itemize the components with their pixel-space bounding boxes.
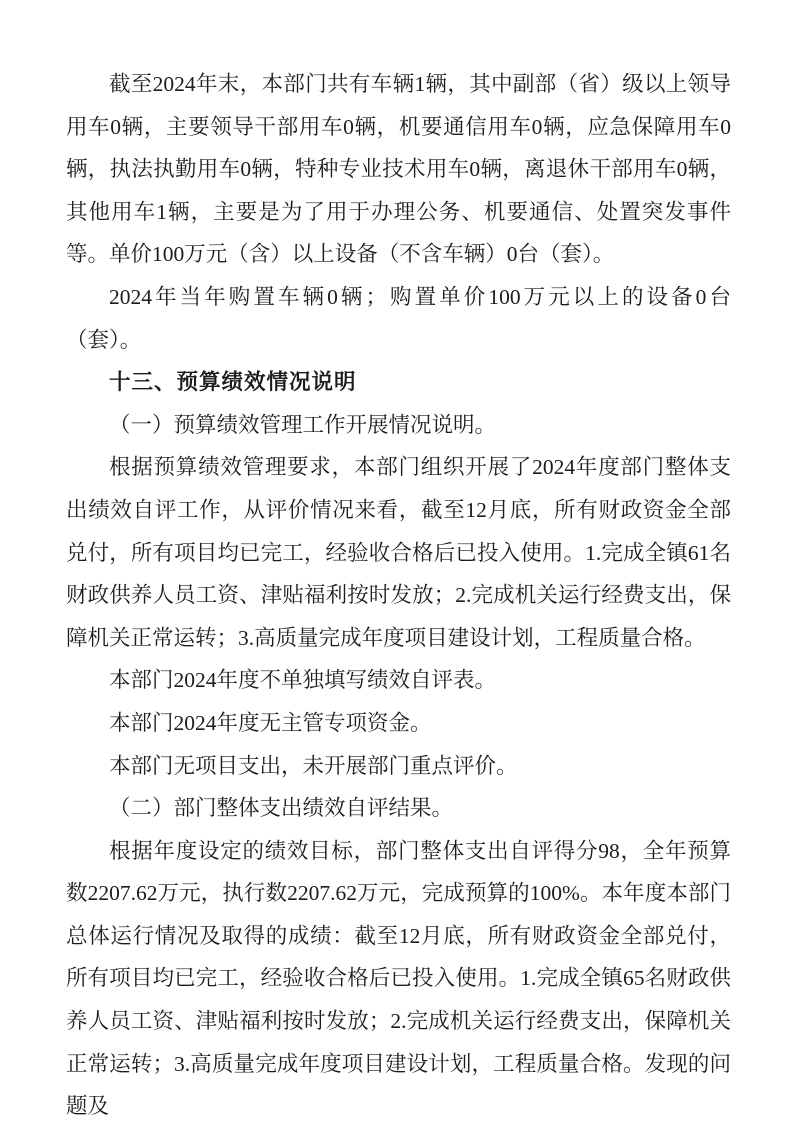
section-heading-budget-performance: 十三、预算绩效情况说明 [66,361,731,404]
paragraph-vehicle-purchases: 2024年当年购置车辆0辆；购置单价100万元以上的设备0台（套）。 [66,276,731,361]
paragraph-no-special-funds: 本部门2024年度无主管专项资金。 [66,702,731,745]
paragraph-performance-management: 根据预算绩效管理要求，本部门组织开展了2024年度部门整体支出绩效自评工作，从评… [66,446,731,659]
paragraph-vehicle-summary: 截至2024年末，本部门共有车辆1辆，其中副部（省）级以上领导用车0辆，主要领导… [66,63,731,276]
paragraph-no-separate-self-eval-form: 本部门2024年度不单独填写绩效自评表。 [66,659,731,702]
document-body: 截至2024年末，本部门共有车辆1辆，其中副部（省）级以上领导用车0辆，主要领导… [66,63,731,1122]
document-page: 截至2024年末，本部门共有车辆1辆，其中副部（省）级以上领导用车0辆，主要领导… [0,0,793,1122]
paragraph-subsection-2-title: （二）部门整体支出绩效自评结果。 [66,787,731,830]
paragraph-self-eval-results: 根据年度设定的绩效目标，部门整体支出自评得分98，全年预算数2207.62万元，… [66,830,731,1122]
paragraph-no-project-expenditure: 本部门无项目支出，未开展部门重点评价。 [66,745,731,788]
paragraph-subsection-1-title: （一）预算绩效管理工作开展情况说明。 [66,404,731,447]
